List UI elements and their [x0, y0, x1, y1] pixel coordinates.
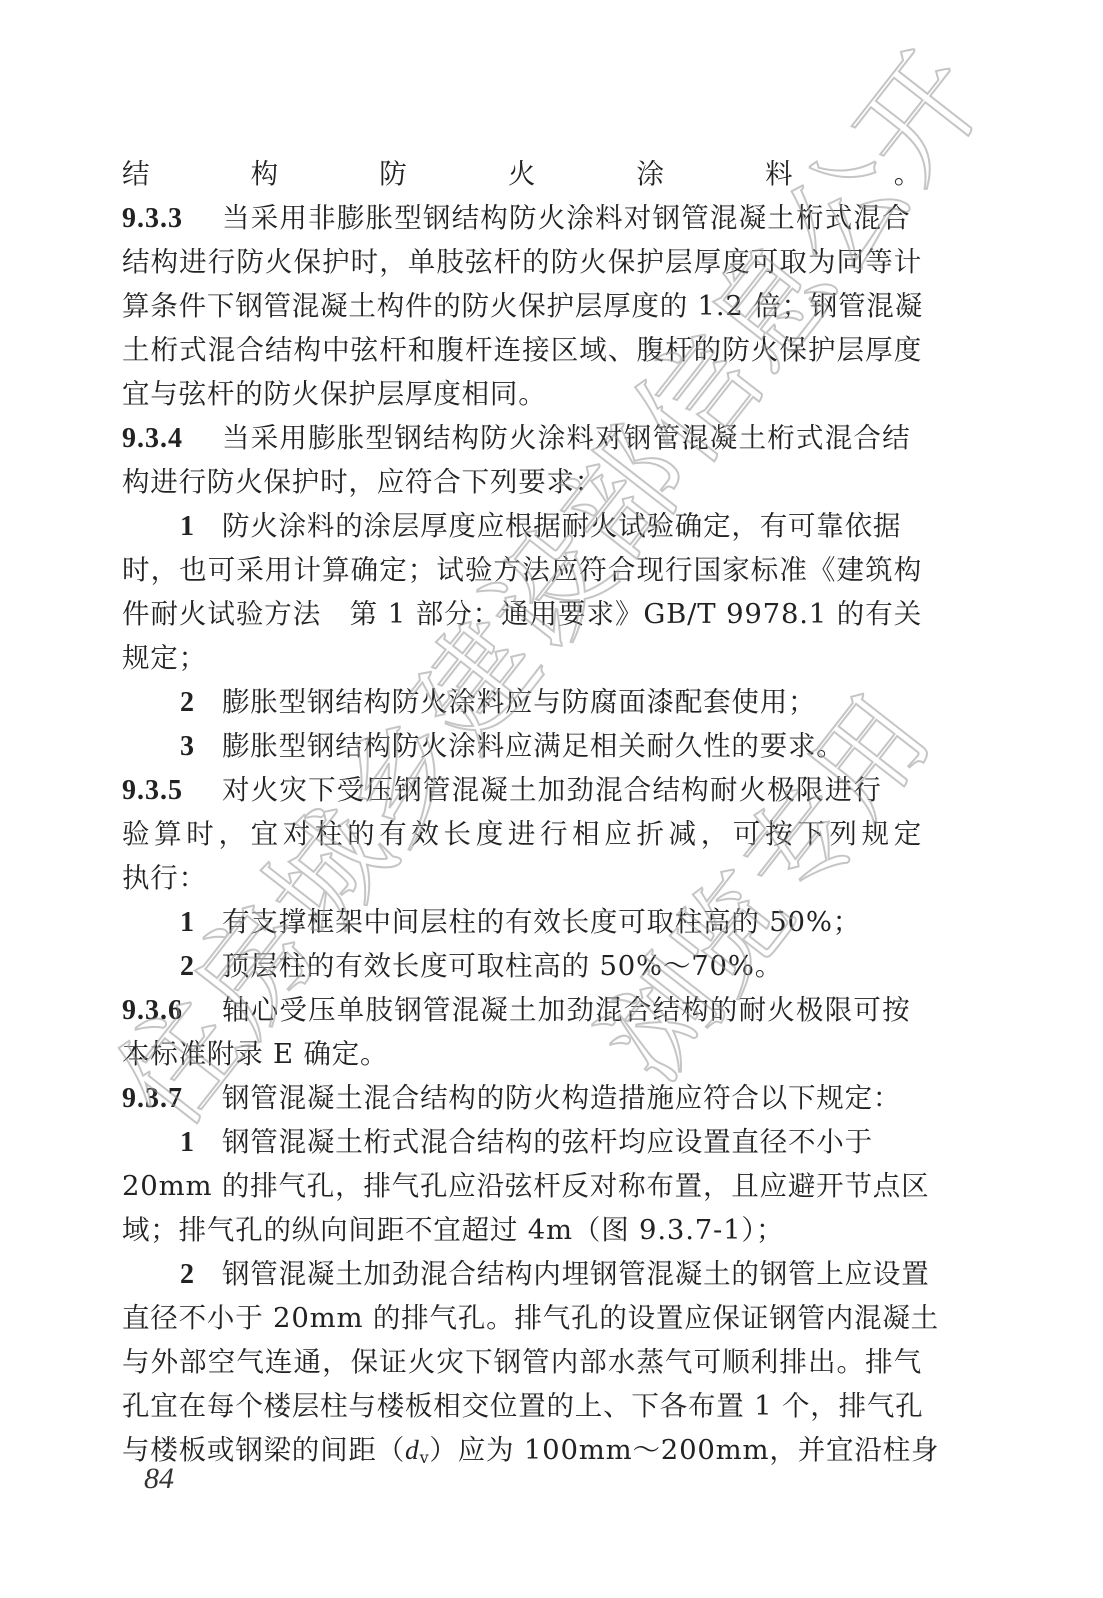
item-number: 2 — [180, 681, 222, 725]
text-line: 件耐火试验方法 第 1 部分：通用要求》GB/T 9978.1 的有关 — [122, 592, 922, 636]
item-number: 2 — [180, 945, 222, 989]
list-item: 2顶层柱的有效长度可取柱高的 50%～70%。 — [122, 944, 922, 988]
clause-number: 9.3.7 — [122, 1077, 222, 1121]
text-line: 孔宜在每个楼层柱与楼板相交位置的上、下各布置 1 个，排气孔 — [122, 1384, 922, 1428]
text-line: 直径不小于 20mm 的排气孔。排气孔的设置应保证钢管内混凝土 — [122, 1296, 922, 1340]
clause-heading: 9.3.7钢管混凝土混合结构的防火构造措施应符合以下规定： — [122, 1076, 922, 1120]
item-text: 有支撑框架中间层柱的有效长度可取柱高的 50%； — [222, 906, 861, 938]
text-line: 执行： — [122, 856, 922, 900]
list-item: 2钢管混凝土加劲混合结构内埋钢管混凝土的钢管上应设置 — [122, 1252, 922, 1296]
list-item: 1防火涂料的涂层厚度应根据耐火试验确定，有可靠依据 — [122, 504, 922, 548]
item-number: 1 — [180, 505, 222, 549]
clause-heading: 9.3.4当采用膨胀型钢结构防火涂料对钢管混凝土桁式混合结 — [122, 416, 922, 460]
text-line: 本标准附录 E 确定。 — [122, 1032, 922, 1076]
text-line: 算条件下钢管混凝土构件的防火保护层厚度的 1.2 倍；钢管混凝 — [122, 284, 922, 328]
clause-heading: 9.3.3当采用非膨胀型钢结构防火涂料对钢管混凝土桁式混合 — [122, 196, 922, 240]
text-line: 宜与弦杆的防火保护层厚度相同。 — [122, 372, 922, 416]
item-text: 防火涂料的涂层厚度应根据耐火试验确定，有可靠依据 — [222, 510, 901, 542]
text-line: 土桁式混合结构中弦杆和腹杆连接区域、腹杆的防火保护层厚度 — [122, 328, 922, 372]
clause-text: 当采用膨胀型钢结构防火涂料对钢管混凝土桁式混合结 — [222, 422, 911, 454]
text-line: 时，也可采用计算确定；试验方法应符合现行国家标准《建筑构 — [122, 548, 922, 592]
item-number: 1 — [180, 901, 222, 945]
clause-text: 轴心受压单肢钢管混凝土加劲混合结构的耐火极限可按 — [222, 994, 911, 1026]
item-text: 膨胀型钢结构防火涂料应满足相关耐久性的要求。 — [222, 730, 845, 762]
item-text: 钢管混凝土加劲混合结构内埋钢管混凝土的钢管上应设置 — [222, 1258, 930, 1290]
item-text: 钢管混凝土桁式混合结构的弦杆均应设置直径不小于 — [222, 1126, 873, 1158]
text-line: 20mm 的排气孔，排气孔应沿弦杆反对称布置，且应避开节点区 — [122, 1164, 922, 1208]
text-line: 与楼板或钢梁的间距（dv）应为 100mm～200mm，并宜沿柱身 — [122, 1428, 922, 1472]
list-item: 3膨胀型钢结构防火涂料应满足相关耐久性的要求。 — [122, 724, 922, 768]
item-number: 1 — [180, 1121, 222, 1165]
clause-number: 9.3.3 — [122, 197, 222, 241]
text-line: 域；排气孔的纵向间距不宜超过 4m（图 9.3.7-1）； — [122, 1208, 922, 1252]
text-segment: ）应为 100mm～200mm，并宜沿柱身 — [429, 1434, 939, 1466]
clause-heading: 9.3.5对火灾下受压钢管混凝土加劲混合结构耐火极限进行 — [122, 768, 922, 812]
list-item: 1钢管混凝土桁式混合结构的弦杆均应设置直径不小于 — [122, 1120, 922, 1164]
text-line: 规定； — [122, 636, 922, 680]
clause-text: 当采用非膨胀型钢结构防火涂料对钢管混凝土桁式混合 — [222, 202, 911, 234]
clause-number: 9.3.4 — [122, 417, 222, 461]
page-number: 84 — [144, 1462, 174, 1496]
clause-heading: 9.3.6轴心受压单肢钢管混凝土加劲混合结构的耐火极限可按 — [122, 988, 922, 1032]
text-line: 与外部空气连通，保证火灾下钢管内部水蒸气可顺利排出。排气 — [122, 1340, 922, 1384]
item-number: 2 — [180, 1253, 222, 1297]
variable-d: d — [405, 1434, 420, 1465]
item-text: 顶层柱的有效长度可取柱高的 50%～70%。 — [222, 950, 783, 982]
item-number: 3 — [180, 725, 222, 769]
text-line: 结构防火涂料。 — [122, 152, 922, 196]
clause-text: 钢管混凝土混合结构的防火构造措施应符合以下规定： — [222, 1082, 901, 1114]
text-line: 构进行防火保护时，应符合下列要求： — [122, 460, 922, 504]
clause-number: 9.3.5 — [122, 769, 222, 813]
list-item: 1有支撑框架中间层柱的有效长度可取柱高的 50%； — [122, 900, 922, 944]
text-line: 验算时，宜对柱的有效长度进行相应折减，可按下列规定 — [122, 812, 922, 856]
clause-number: 9.3.6 — [122, 989, 222, 1033]
list-item: 2膨胀型钢结构防火涂料应与防腐面漆配套使用； — [122, 680, 922, 724]
text-line: 结构进行防火保护时，单肢弦杆的防火保护层厚度可取为同等计 — [122, 240, 922, 284]
variable-subscript: v — [420, 1448, 430, 1467]
clause-text: 对火灾下受压钢管混凝土加劲混合结构耐火极限进行 — [222, 774, 882, 806]
document-page: 结构防火涂料。9.3.3当采用非膨胀型钢结构防火涂料对钢管混凝土桁式混合结构进行… — [122, 152, 922, 1472]
item-text: 膨胀型钢结构防火涂料应与防腐面漆配套使用； — [222, 686, 816, 718]
